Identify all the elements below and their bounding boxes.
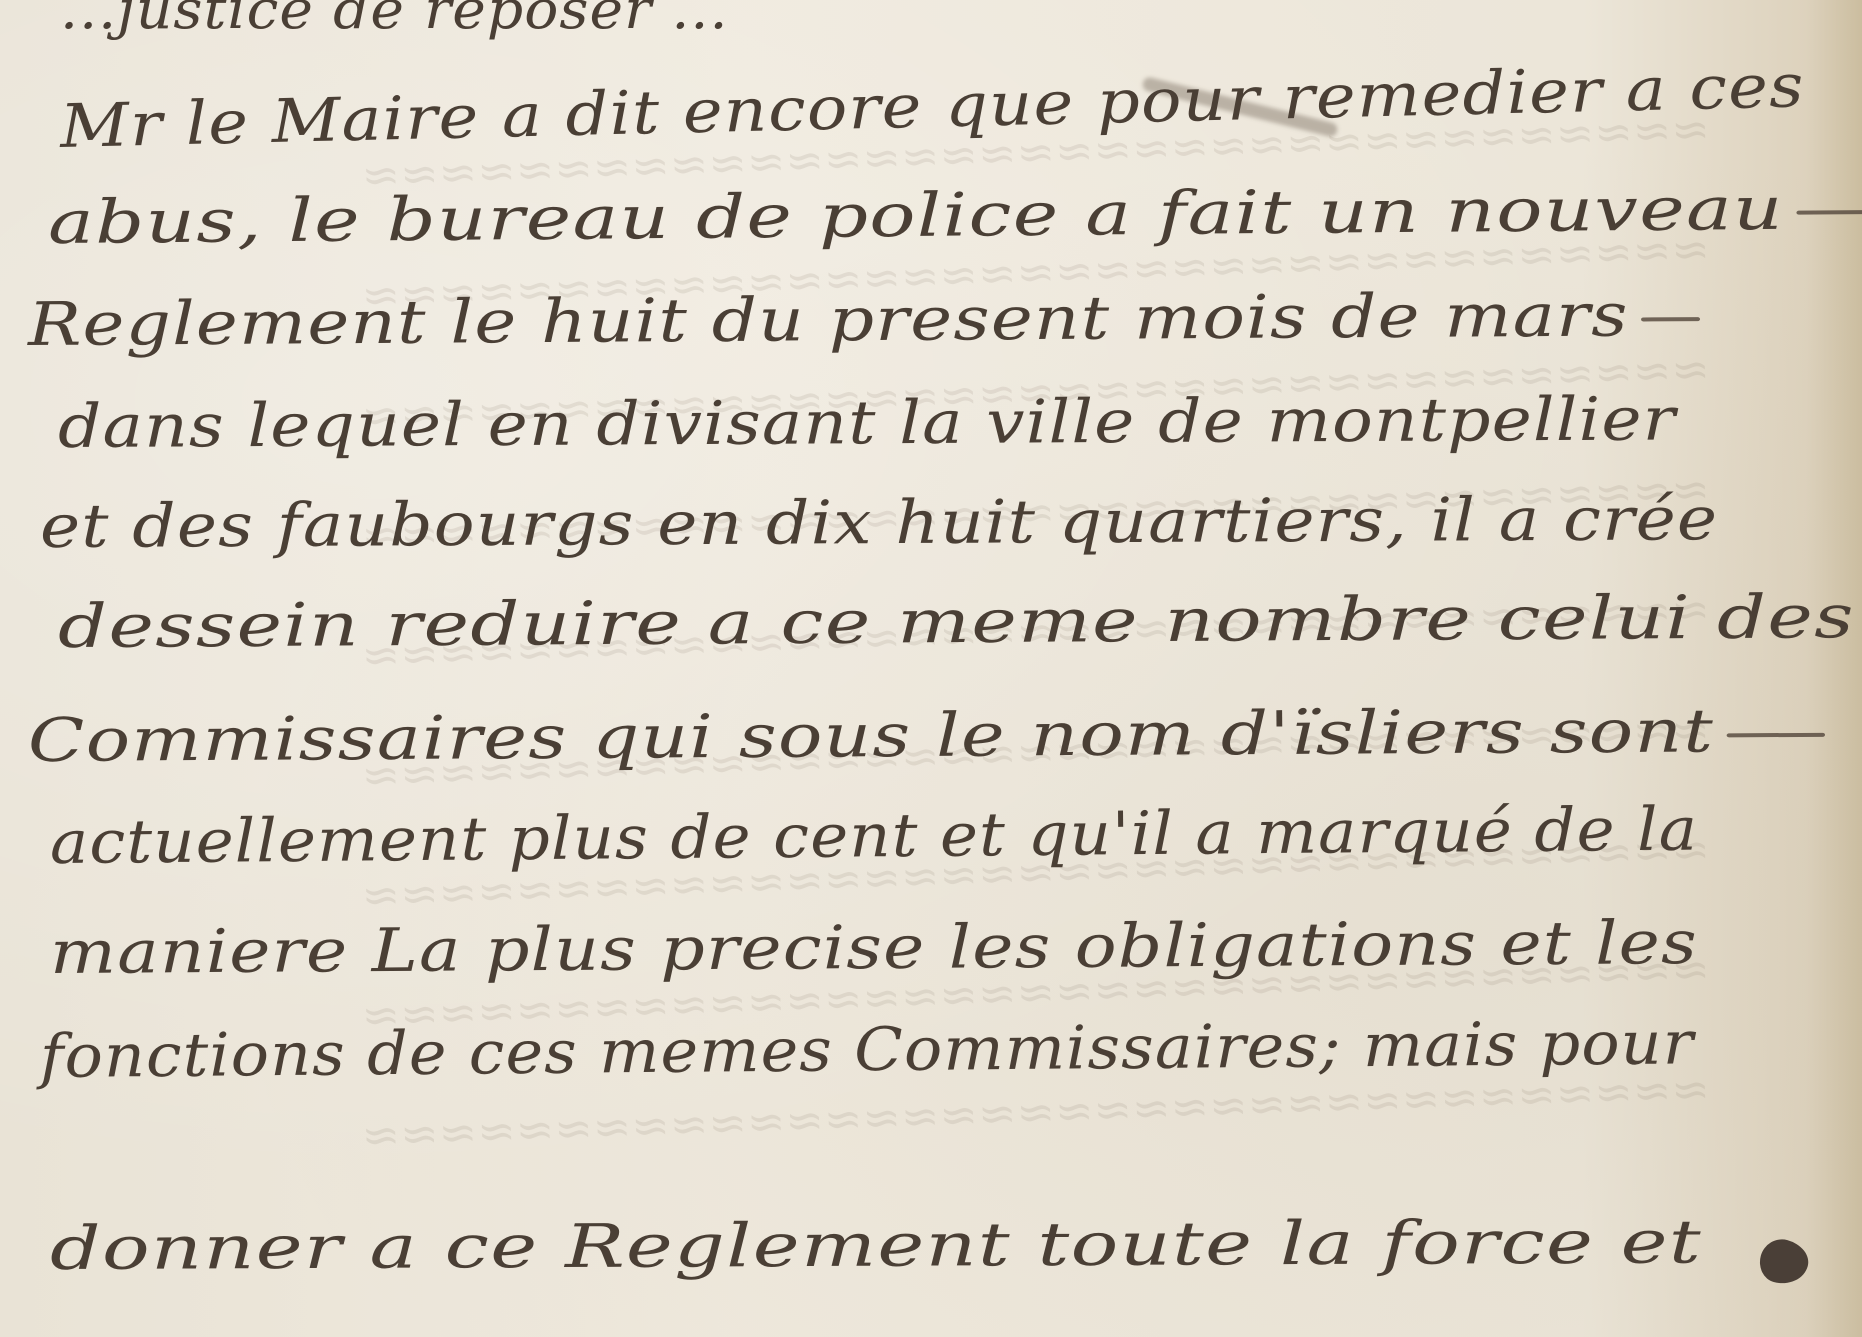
line-end-flourish [1797,210,1862,215]
line-end-flourish [1726,733,1824,738]
manuscript-line-8: Commissaires qui sous le nom d'ïsliers s… [28,696,1825,776]
line-end-flourish [1640,318,1699,322]
manuscript-line-9: actuellement plus de cent et qu'il a mar… [50,795,1699,878]
manuscript-line-6: et des faubourgs en dix huit quartiers, … [40,484,1719,562]
handwritten-text-block: ...justice de reposer ... Mr le Maire a … [0,0,1862,1337]
manuscript-line-11: fonctions de ces memes Commissaires; mai… [40,1008,1695,1092]
manuscript-page: ≈≈≈≈≈≈≈≈≈≈≈≈≈≈≈≈≈≈≈≈≈≈≈≈≈≈≈≈≈≈≈≈≈≈≈ ≈≈≈≈… [0,0,1862,1337]
manuscript-line-5: dans lequel en divisant la ville de mont… [58,385,1677,462]
manuscript-line-1: ...justice de reposer ... [60,0,729,41]
manuscript-line-2: Mr le Maire a dit encore que pour remedi… [59,51,1806,162]
manuscript-line-7: dessein reduire a ce meme nombre celui d… [58,582,1855,662]
manuscript-line-4: Reglement le huit du present mois de mar… [28,280,1700,360]
manuscript-line-12: donner a ce Reglement toute la force et [50,1207,1703,1284]
manuscript-line-10: maniere La plus precise les obligations … [50,908,1698,988]
manuscript-line-3: abus, le bureau de police a fait un nouv… [48,172,1862,258]
